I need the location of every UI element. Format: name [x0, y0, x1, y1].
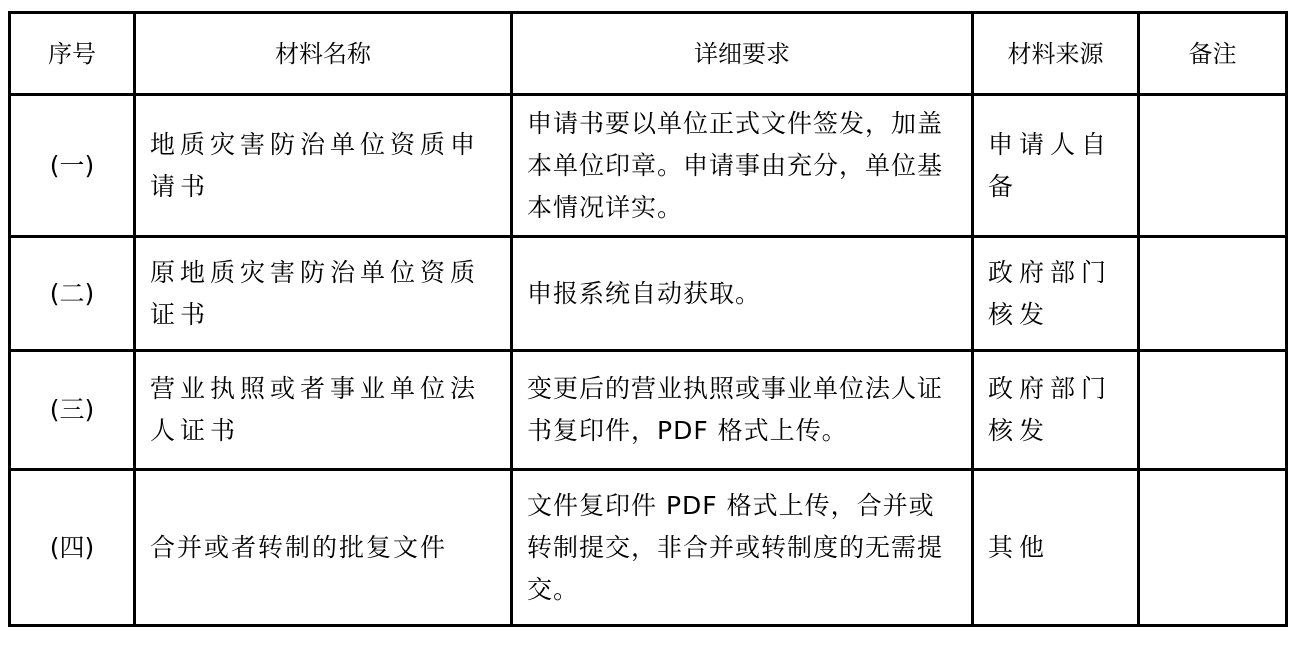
cell-seq: (四) — [10, 470, 135, 626]
header-seq: 序号 — [10, 13, 135, 95]
table-row: (三) 营业执照或者事业单位法人证书 变更后的营业执照或事业单位法人证书复印件，… — [10, 351, 1287, 470]
cell-source: 申请人自备 — [973, 95, 1139, 237]
cell-remark — [1139, 470, 1287, 626]
cell-requirement: 申报系统自动获取。 — [512, 237, 973, 351]
table-body: (一) 地质灾害防治单位资质申请书 申请书要以单位正式文件签发，加盖本单位印章。… — [10, 95, 1287, 626]
cell-source: 政府部门核发 — [973, 237, 1139, 351]
cell-seq: (二) — [10, 237, 135, 351]
header-requirement: 详细要求 — [512, 13, 973, 95]
cell-remark — [1139, 351, 1287, 470]
cell-remark — [1139, 237, 1287, 351]
header-remark: 备注 — [1139, 13, 1287, 95]
header-material-name: 材料名称 — [135, 13, 512, 95]
materials-table: 序号 材料名称 详细要求 材料来源 备注 (一) 地质灾害防治单位资质申请书 申… — [8, 11, 1288, 627]
table-row: (二) 原地质灾害防治单位资质证书 申报系统自动获取。 政府部门核发 — [10, 237, 1287, 351]
cell-requirement: 变更后的营业执照或事业单位法人证书复印件，PDF 格式上传。 — [512, 351, 973, 470]
header-source: 材料来源 — [973, 13, 1139, 95]
table-row: (一) 地质灾害防治单位资质申请书 申请书要以单位正式文件签发，加盖本单位印章。… — [10, 95, 1287, 237]
cell-source: 其他 — [973, 470, 1139, 626]
cell-material-name: 原地质灾害防治单位资质证书 — [135, 237, 512, 351]
cell-material-name: 地质灾害防治单位资质申请书 — [135, 95, 512, 237]
cell-material-name: 营业执照或者事业单位法人证书 — [135, 351, 512, 470]
cell-material-name: 合并或者转制的批复文件 — [135, 470, 512, 626]
cell-source: 政府部门核发 — [973, 351, 1139, 470]
table-row: (四) 合并或者转制的批复文件 文件复印件 PDF 格式上传，合并或转制提交，非… — [10, 470, 1287, 626]
cell-requirement: 申请书要以单位正式文件签发，加盖本单位印章。申请事由充分，单位基本情况详实。 — [512, 95, 973, 237]
cell-remark — [1139, 95, 1287, 237]
header-row: 序号 材料名称 详细要求 材料来源 备注 — [10, 13, 1287, 95]
cell-seq: (三) — [10, 351, 135, 470]
cell-requirement: 文件复印件 PDF 格式上传，合并或转制提交，非合并或转制度的无需提交。 — [512, 470, 973, 626]
cell-seq: (一) — [10, 95, 135, 237]
table-header: 序号 材料名称 详细要求 材料来源 备注 — [10, 13, 1287, 95]
